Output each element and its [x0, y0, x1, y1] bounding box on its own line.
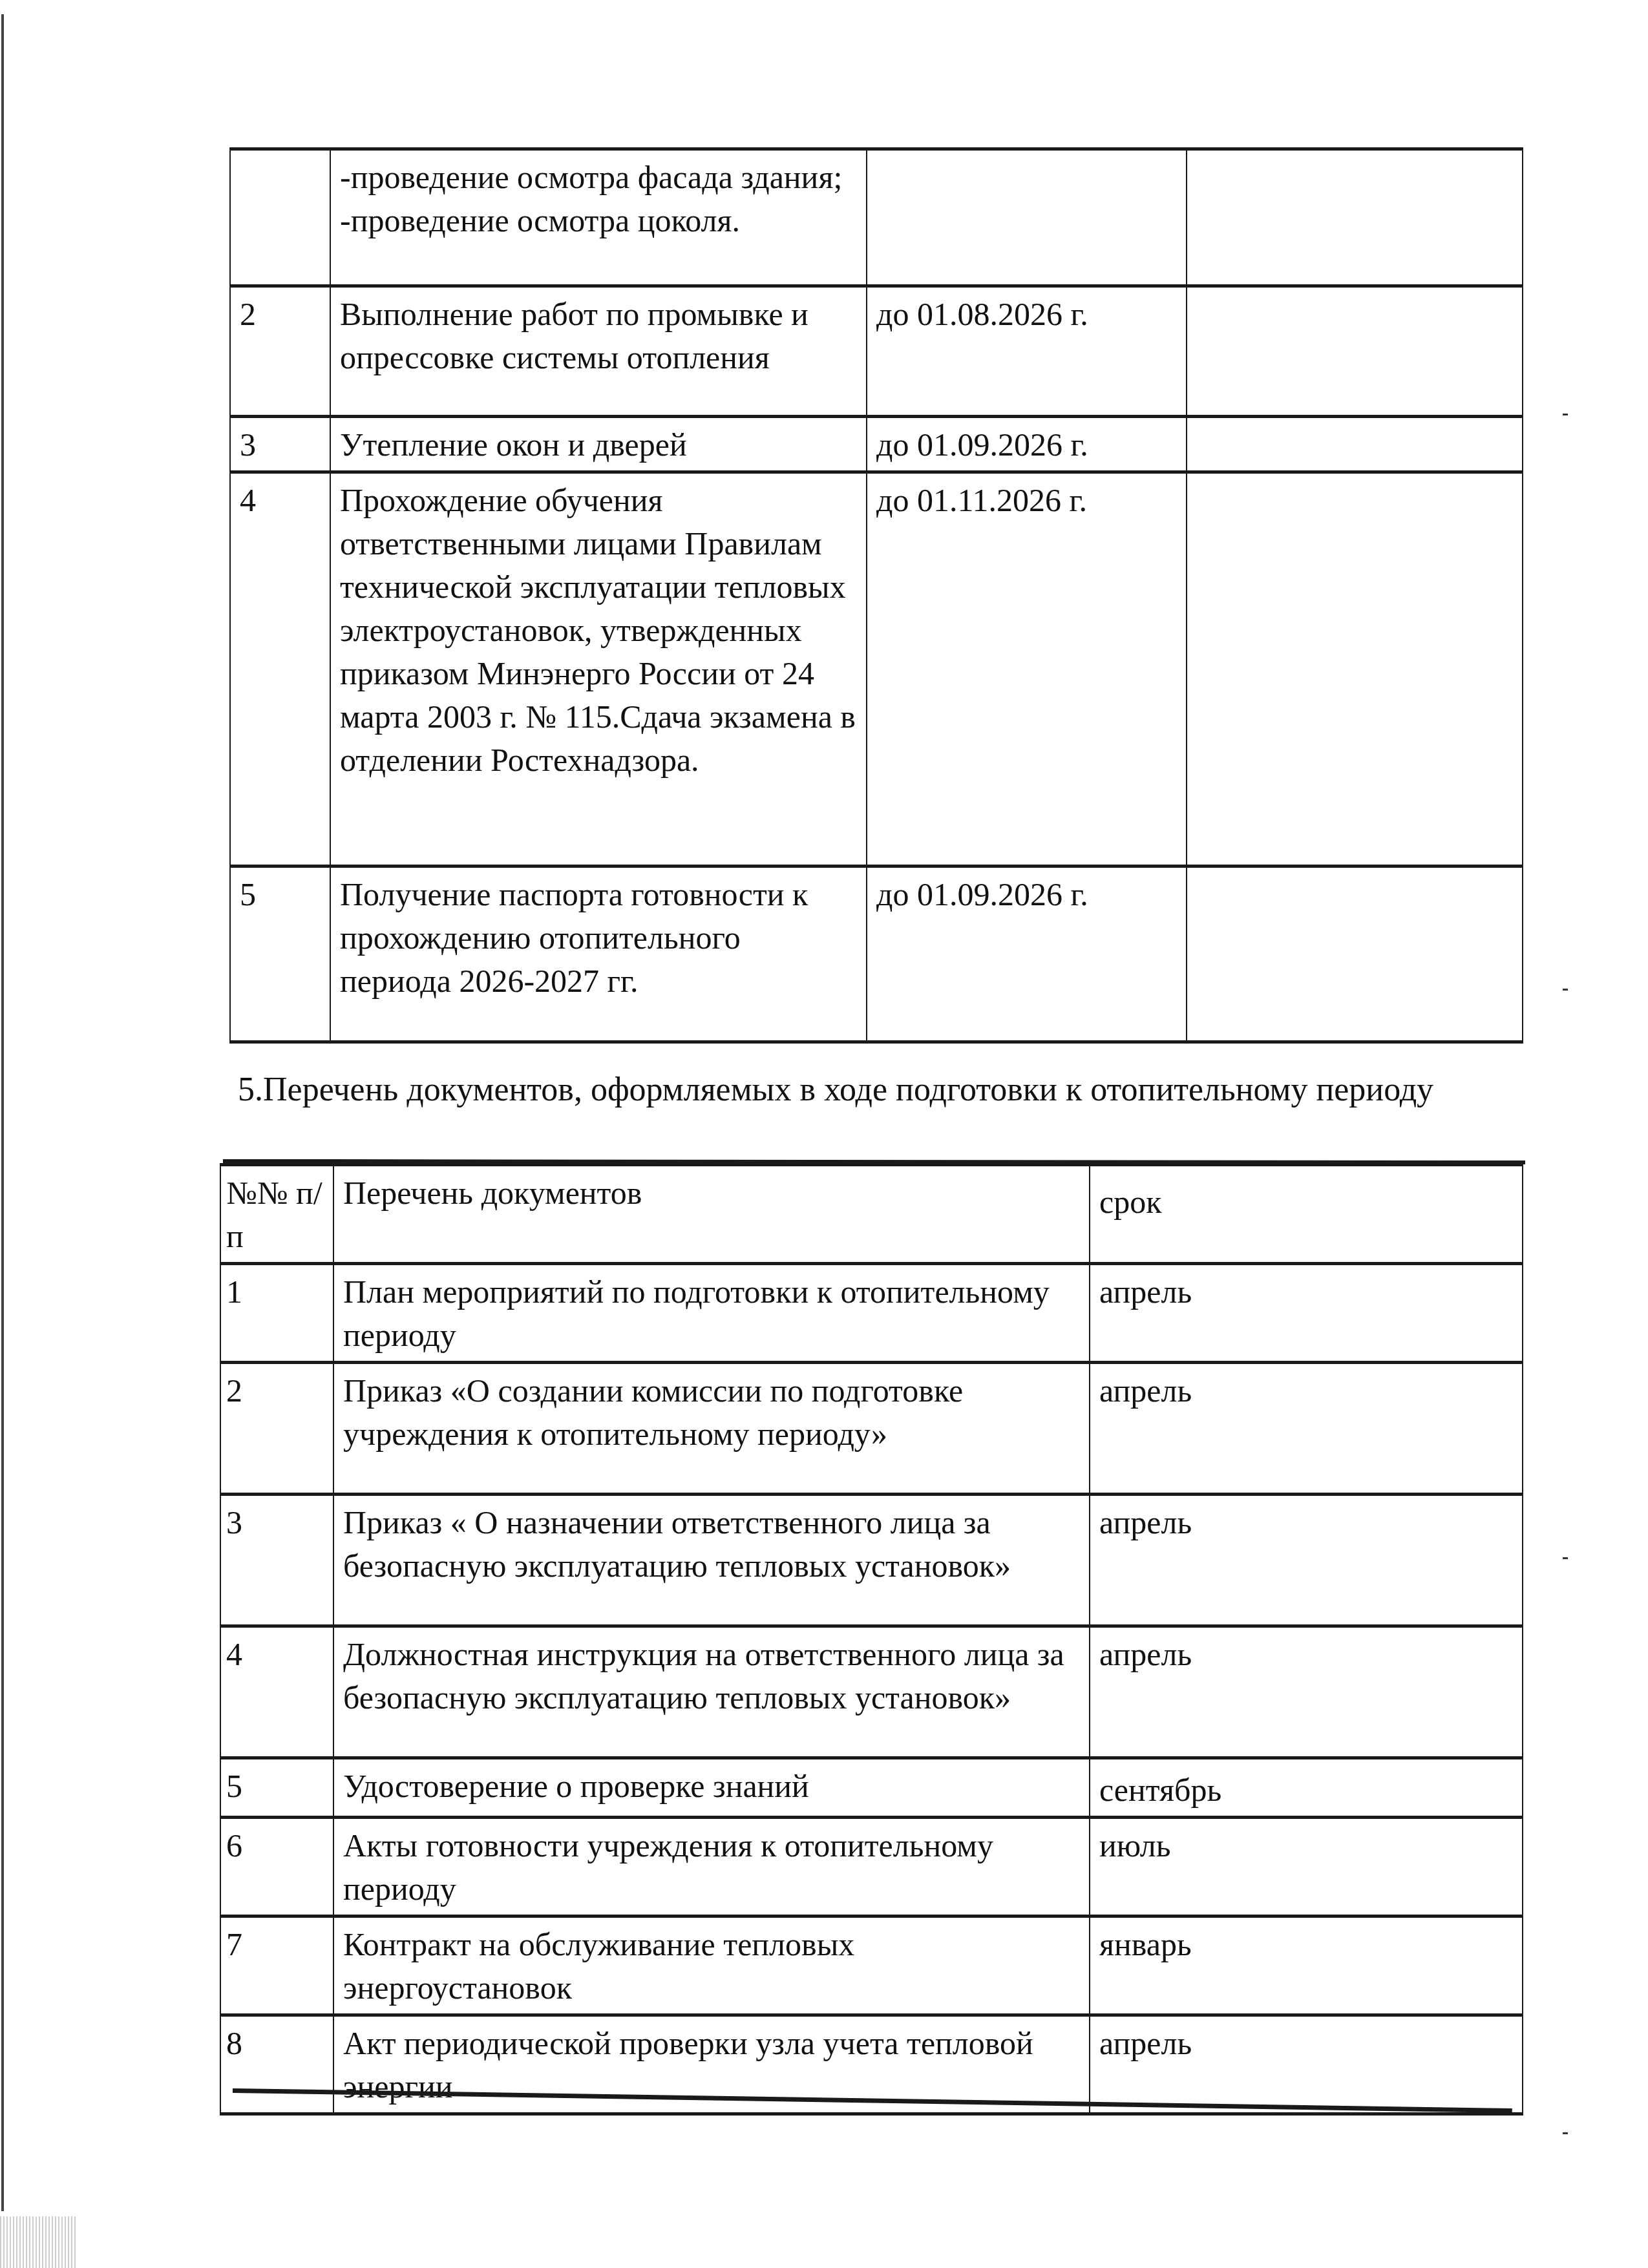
section-heading: 5.Перечень документов, оформляемых в ход… [238, 1069, 1505, 1111]
term-cell: июль [1090, 1818, 1523, 1916]
scan-artifact [0, 2216, 78, 2268]
scan-left-edge [1, 14, 4, 2211]
documents-table: №№ п/п Перечень документов срок 1 План м… [220, 1163, 1523, 2116]
document-cell: Приказ «О создании комиссии по подготовк… [333, 1363, 1090, 1495]
row-number: 3 [230, 417, 330, 472]
table-row: 6 Акты готовности учреждения к отопитель… [220, 1818, 1523, 1916]
table-row: -проведение осмотра фасада здания; -пров… [230, 149, 1523, 286]
document-cell: Удостоверение о проверке знаний [333, 1758, 1090, 1818]
term-cell: апрель [1090, 1264, 1523, 1363]
deadline-cell [867, 149, 1187, 286]
row-number: 2 [220, 1363, 333, 1495]
row-number: 1 [220, 1264, 333, 1363]
header-number: №№ п/п [220, 1165, 333, 1264]
document-cell: Приказ « О назначении ответственного лиц… [333, 1495, 1090, 1626]
activity-line: -проведение осмотра фасада здания; [340, 156, 858, 199]
term-cell: январь [1090, 1916, 1523, 2015]
scan-mark [1563, 414, 1568, 415]
note-cell [1187, 417, 1523, 472]
term-cell: апрель [1090, 1363, 1523, 1495]
row-number: 4 [230, 472, 330, 866]
term-cell: сентябрь [1090, 1758, 1523, 1818]
activity-cell: Утепление окон и дверей [330, 417, 867, 472]
term-cell: апрель [1090, 2015, 1523, 2114]
table-row: 3 Приказ « О назначении ответственного л… [220, 1495, 1523, 1626]
activity-cell: Выполнение работ по промывке и опрессовк… [330, 286, 867, 417]
header-term: срок [1090, 1165, 1523, 1264]
table-header-row: №№ п/п Перечень документов срок [220, 1165, 1523, 1264]
deadline-cell: до 01.08.2026 г. [867, 286, 1187, 417]
document-cell: План мероприятий по подготовки к отопите… [333, 1264, 1090, 1363]
row-number: 8 [220, 2015, 333, 2114]
deadline-cell: до 01.09.2026 г. [867, 866, 1187, 1042]
activity-cell: -проведение осмотра фасада здания; -пров… [330, 149, 867, 286]
row-number: 6 [220, 1818, 333, 1916]
note-cell [1187, 866, 1523, 1042]
note-cell [1187, 472, 1523, 866]
row-number: 2 [230, 286, 330, 417]
table-row: 2 Выполнение работ по промывке и опрессо… [230, 286, 1523, 417]
term-cell: апрель [1090, 1626, 1523, 1758]
activity-cell: Прохождение обучения ответственными лица… [330, 472, 867, 866]
table-row: 3 Утепление окон и дверей до 01.09.2026 … [230, 417, 1523, 472]
activity-line: -проведение осмотра цоколя. [340, 199, 858, 242]
document-cell: Контракт на обслуживание тепловых энерго… [333, 1916, 1090, 2015]
scan-mark [1563, 989, 1568, 991]
row-number: 5 [230, 866, 330, 1042]
activity-cell: Получение паспорта готовности к прохожде… [330, 866, 867, 1042]
table-row: 4 Прохождение обучения ответственными ли… [230, 472, 1523, 866]
table-row: 4 Должностная инструкция на ответственно… [220, 1626, 1523, 1758]
row-number: 5 [220, 1758, 333, 1818]
row-number [230, 149, 330, 286]
row-number: 3 [220, 1495, 333, 1626]
table-row: 7 Контракт на обслуживание тепловых энер… [220, 1916, 1523, 2015]
note-cell [1187, 286, 1523, 417]
scan-mark [1563, 2132, 1568, 2134]
header-document: Перечень документов [333, 1165, 1090, 1264]
term-cell: апрель [1090, 1495, 1523, 1626]
scan-mark [1563, 1557, 1568, 1559]
document-cell: Акты готовности учреждения к отопительно… [333, 1818, 1090, 1916]
table-row: 1 План мероприятий по подготовки к отопи… [220, 1264, 1523, 1363]
row-number: 4 [220, 1626, 333, 1758]
table-row: 5 Удостоверение о проверке знаний сентяб… [220, 1758, 1523, 1818]
deadline-cell: до 01.11.2026 г. [867, 472, 1187, 866]
document-cell: Должностная инструкция на ответственного… [333, 1626, 1090, 1758]
note-cell [1187, 149, 1523, 286]
activities-plan-table: -проведение осмотра фасада здания; -пров… [229, 147, 1523, 1044]
table-row: 2 Приказ «О создании комиссии по подгото… [220, 1363, 1523, 1495]
row-number: 7 [220, 1916, 333, 2015]
table-row: 5 Получение паспорта готовности к прохож… [230, 866, 1523, 1042]
deadline-cell: до 01.09.2026 г. [867, 417, 1187, 472]
